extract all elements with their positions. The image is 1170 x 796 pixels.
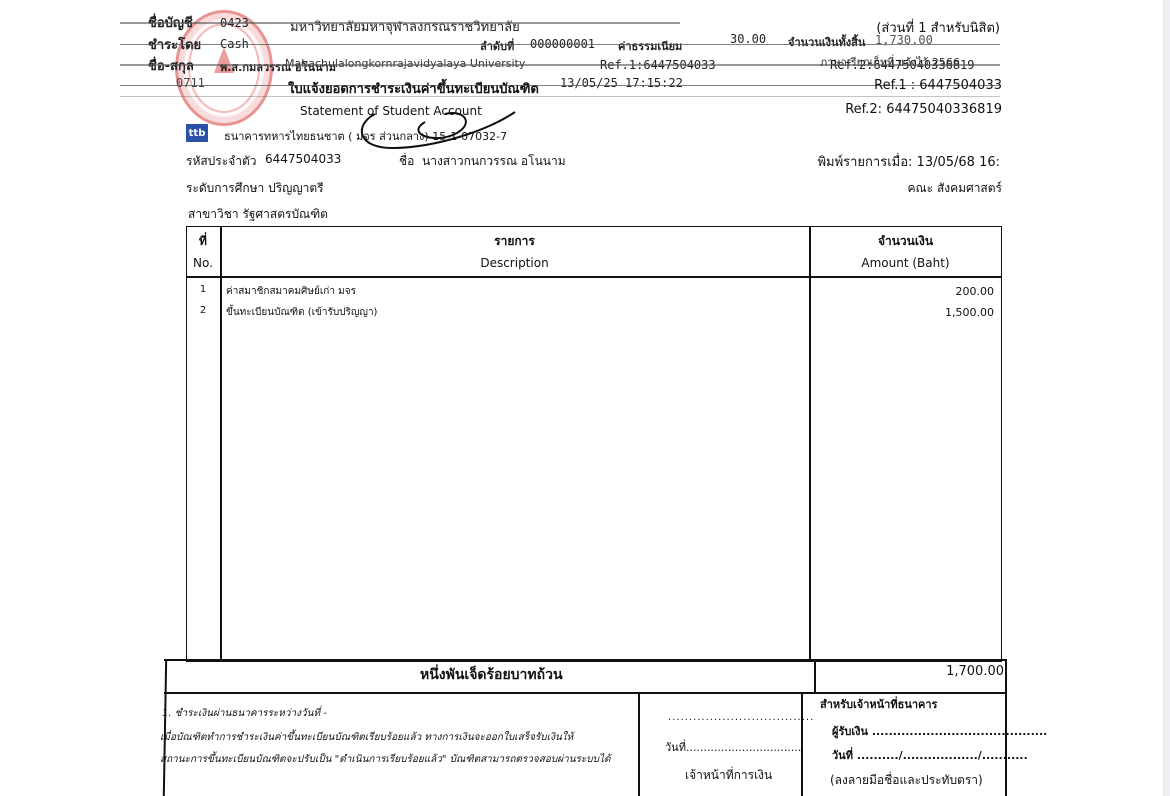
receiver-line: ผู้รับเงิน .............................… bbox=[832, 722, 1047, 740]
strike-line bbox=[120, 96, 1000, 97]
note-receipt: เมื่อบัณฑิตทำการชำระเงินค่าขึ้นทะเบียนบั… bbox=[160, 730, 573, 745]
slip-sequence-label: ลำดับที่ bbox=[480, 37, 514, 55]
student-name: นางสาวกนกวรรณ อโนนาม bbox=[422, 152, 566, 171]
total-rule-bottom bbox=[164, 692, 1006, 694]
row-amount: 200.00 bbox=[809, 285, 994, 298]
student-name-label: ชื่อ bbox=[399, 152, 414, 171]
row-description: ค่าสมาชิกสมาคมศิษย์เก่า มจร bbox=[226, 284, 356, 299]
total-amount: 1,700.00 bbox=[946, 664, 1004, 679]
note-payment-period: 1. ชำระเงินผ่านธนาคารระหว่างวันที่ - bbox=[162, 706, 327, 721]
finance-signature-line: ................................... bbox=[668, 712, 814, 723]
student-id: 6447504033 bbox=[265, 152, 341, 166]
printed-label: พิมพ์รายการเมื่อ: bbox=[817, 155, 912, 170]
table-divider bbox=[220, 226, 222, 660]
col-no-th: ที่ bbox=[186, 232, 220, 251]
row-no: 2 bbox=[186, 305, 220, 316]
slip-branch-code: 0711 bbox=[176, 76, 205, 90]
strike-line bbox=[120, 22, 680, 24]
strike-line bbox=[120, 44, 1000, 45]
total-in-words: หนึ่งพันเจ็ดร้อยบาทถ้วน bbox=[420, 664, 563, 686]
slip-total-label: จำนวนเงินทั้งสิ้น bbox=[788, 33, 865, 51]
ttb-bank-logo: ttb bbox=[186, 124, 208, 142]
col-amount-en: Amount (Baht) bbox=[809, 256, 1002, 270]
slip-fee-label: ค่าธรรมเนียม bbox=[618, 37, 682, 55]
finance-date: วันที่................................. bbox=[665, 738, 801, 756]
total-rule-top bbox=[164, 659, 1006, 661]
table-header-rule bbox=[186, 276, 1002, 278]
level-label: ระดับการศึกษา bbox=[186, 181, 264, 195]
finance-officer-label: เจ้าหน้าที่การเงิน bbox=[685, 766, 772, 785]
printed-value: 13/05/68 16: bbox=[917, 155, 1000, 170]
bank-date-line: วันที่ ........../................../...… bbox=[832, 746, 1028, 764]
printed-at: พิมพ์รายการเมื่อ: 13/05/68 16: bbox=[817, 151, 1000, 172]
slip-datetime: 13/05/25 17:15:22 bbox=[560, 76, 683, 90]
level-value: ปริญญาตรี bbox=[268, 181, 324, 195]
faculty: คณะ สังคมศาสตร์ bbox=[908, 179, 1002, 198]
faculty-value: สังคมศาสตร์ bbox=[937, 181, 1002, 195]
ref2: Ref.2: 64475040336819 bbox=[845, 102, 1002, 117]
strike-line bbox=[120, 64, 1000, 66]
viewer-scrollbar[interactable] bbox=[1163, 0, 1170, 796]
strike-line bbox=[120, 85, 1000, 86]
slip-university-th: มหาวิทยาลัยมหาจุฬาลงกรณราชวิทยาลัย bbox=[290, 16, 520, 37]
col-desc-en: Description bbox=[220, 256, 809, 270]
faculty-label: คณะ bbox=[908, 181, 934, 195]
col-no-en: No. bbox=[186, 256, 220, 270]
col-amount-th: จำนวนเงิน bbox=[809, 232, 1002, 251]
part-label: (ส่วนที่ 1 สำหรับนิสิต) bbox=[876, 17, 1000, 38]
education-level: ระดับการศึกษา ปริญญาตรี bbox=[186, 179, 324, 198]
row-no: 1 bbox=[186, 284, 220, 295]
student-id-label: รหัสประจำตัว bbox=[186, 152, 257, 171]
major-label: สาขาวิชา bbox=[188, 207, 239, 221]
total-divider bbox=[814, 659, 816, 693]
major: สาขาวิชา รัฐศาสตรบัณฑิต bbox=[188, 205, 328, 224]
note-status: สถานะการขึ้นทะเบียนบัณฑิตจะปรับเป็น "ดำเ… bbox=[160, 752, 611, 767]
row-amount: 1,500.00 bbox=[809, 306, 994, 319]
ref1: Ref.1 : 6447504033 bbox=[874, 78, 1002, 93]
statement-page: ชื่อบัญชี 0423 มหาวิทยาลัยมหาจุฬาลงกรณรา… bbox=[120, 0, 1050, 796]
sign-stamp-label: (ลงลายมือชื่อและประทับตรา) bbox=[830, 771, 983, 790]
col-desc-th: รายการ bbox=[220, 232, 809, 251]
major-value: รัฐศาสตรบัณฑิต bbox=[242, 207, 328, 221]
total-left-border bbox=[163, 659, 167, 796]
row-description: ขึ้นทะเบียนบัณฑิต (เข้ารับปริญญา) bbox=[226, 305, 377, 320]
title-th: ใบแจ้งยอดการชำระเงินค่าขึ้นทะเบียนบัณฑิต bbox=[288, 78, 539, 99]
bank-officer-title: สำหรับเจ้าหน้าที่ธนาคาร bbox=[820, 695, 937, 713]
footer-divider bbox=[638, 692, 640, 796]
signature-scribble bbox=[345, 104, 525, 154]
